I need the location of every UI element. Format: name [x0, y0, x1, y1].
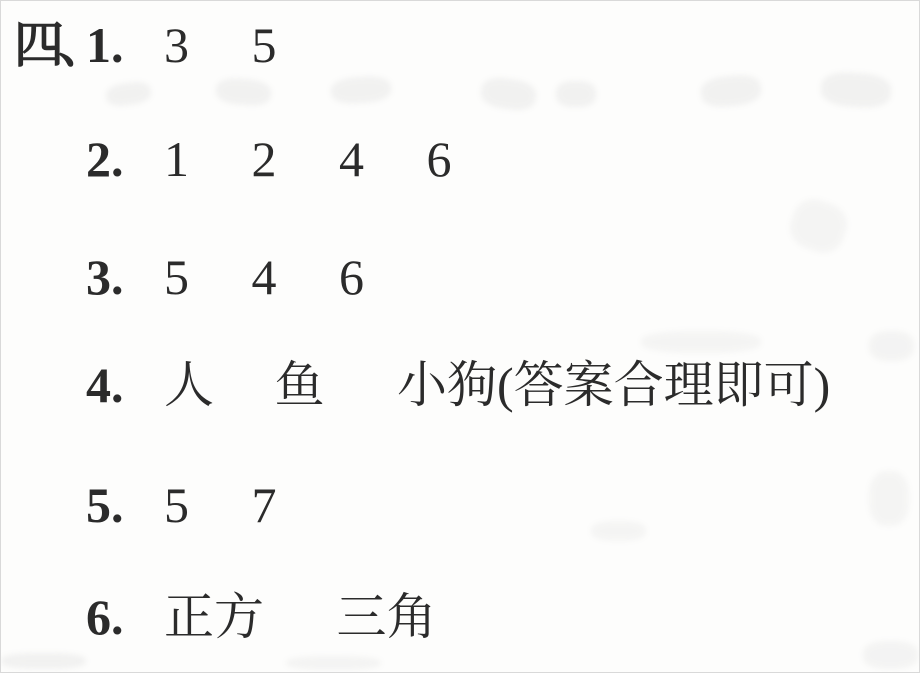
answer-line: 2. 1 2 4 6	[1, 133, 919, 186]
bleed-through-mark	[105, 80, 153, 108]
answer-value: 4	[339, 133, 364, 186]
answer-line: 3. 5 4 6	[1, 251, 919, 304]
answer-value: 人	[164, 359, 214, 412]
bleed-through-mark	[700, 73, 763, 109]
bleed-through-mark	[286, 656, 381, 670]
document-page: 四、 1. 3 5 2. 1 2 4 6 3. 5 4 6 4. 人 鱼 小狗(…	[0, 0, 920, 673]
answer-value: 1	[164, 133, 189, 186]
bleed-through-mark	[330, 75, 392, 105]
answer-value: 2	[252, 133, 277, 186]
answer-value: 5	[252, 19, 277, 72]
answer-value: 5	[164, 479, 189, 532]
answer-value: 3	[164, 19, 189, 72]
bleed-through-mark	[556, 81, 596, 107]
answer-value: 5	[164, 251, 189, 304]
answer-value: 7	[252, 479, 277, 532]
answer-value: 4	[252, 251, 277, 304]
section-marker: 四、	[14, 19, 102, 72]
item-number: 4.	[86, 359, 124, 412]
answer-line: 5. 5 7	[1, 479, 919, 532]
item-number: 6.	[86, 591, 124, 644]
bleed-through-mark	[215, 77, 272, 108]
answer-value: 鱼	[275, 359, 325, 412]
item-number: 5.	[86, 479, 124, 532]
bleed-through-mark	[820, 71, 892, 110]
answer-value: 小狗(答案合理即可)	[397, 359, 830, 412]
answer-line: 4. 人 鱼 小狗(答案合理即可)	[1, 359, 919, 412]
bleed-through-mark	[479, 75, 538, 112]
item-number: 3.	[86, 251, 124, 304]
answer-value: 正方	[164, 591, 264, 644]
bleed-through-mark	[869, 331, 914, 361]
bleed-through-mark	[784, 193, 853, 259]
bleed-through-mark	[641, 331, 761, 353]
bleed-through-mark	[1, 653, 86, 669]
answer-value: 三角	[337, 591, 437, 644]
item-number: 2.	[86, 133, 124, 186]
bleed-through-mark	[863, 641, 918, 669]
answer-value: 6	[339, 251, 364, 304]
answer-line: 6. 正方 三角	[1, 591, 919, 644]
answer-value: 6	[427, 133, 452, 186]
answer-line: 四、 1. 3 5	[1, 19, 919, 72]
